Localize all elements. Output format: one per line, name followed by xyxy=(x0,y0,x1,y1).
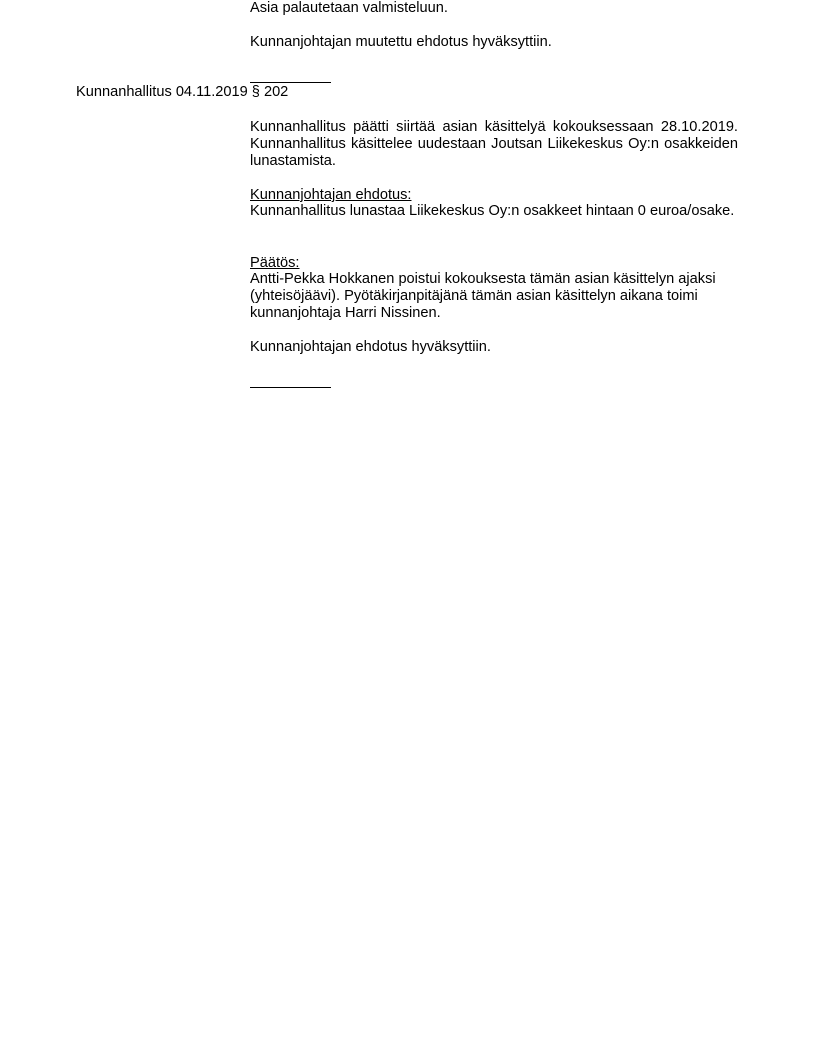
intro-line-2: Kunnanhallitus käsittelee uudestaan Jout… xyxy=(250,136,738,153)
intro-line-1: Kunnanhallitus päätti siirtää asian käsi… xyxy=(250,119,738,136)
section-heading: Kunnanhallitus 04.11.2019§ 202 xyxy=(76,84,288,101)
previous-section-text: Asia palautetaan valmisteluun. xyxy=(250,0,448,17)
decision-line-1: Antti-Pekka Hokkanen poistui kokouksesta… xyxy=(250,271,716,288)
decision-heading: Päätös: xyxy=(250,255,300,272)
section-paragraph: § 202 xyxy=(252,84,289,100)
decision-line-2: (yhteisöjäävi). Pyötäkirjanpitäjänä tämä… xyxy=(250,288,698,305)
section-body: Kunnanhallitus xyxy=(76,84,172,100)
section-date: 04.11.2019 xyxy=(176,84,248,100)
intro-line-3: lunastamista. xyxy=(250,153,336,170)
section-separator xyxy=(250,82,331,83)
proposal-heading: Kunnanjohtajan ehdotus: xyxy=(250,187,411,204)
decision-line-3: kunnanjohtaja Harri Nissinen. xyxy=(250,305,441,322)
decision-result: Kunnanjohtajan ehdotus hyväksyttiin. xyxy=(250,339,491,356)
previous-section-result: Kunnanjohtajan muutettu ehdotus hyväksyt… xyxy=(250,34,552,51)
end-separator xyxy=(250,387,331,388)
proposal-text: Kunnanhallitus lunastaa Liikekeskus Oy:n… xyxy=(250,203,734,220)
